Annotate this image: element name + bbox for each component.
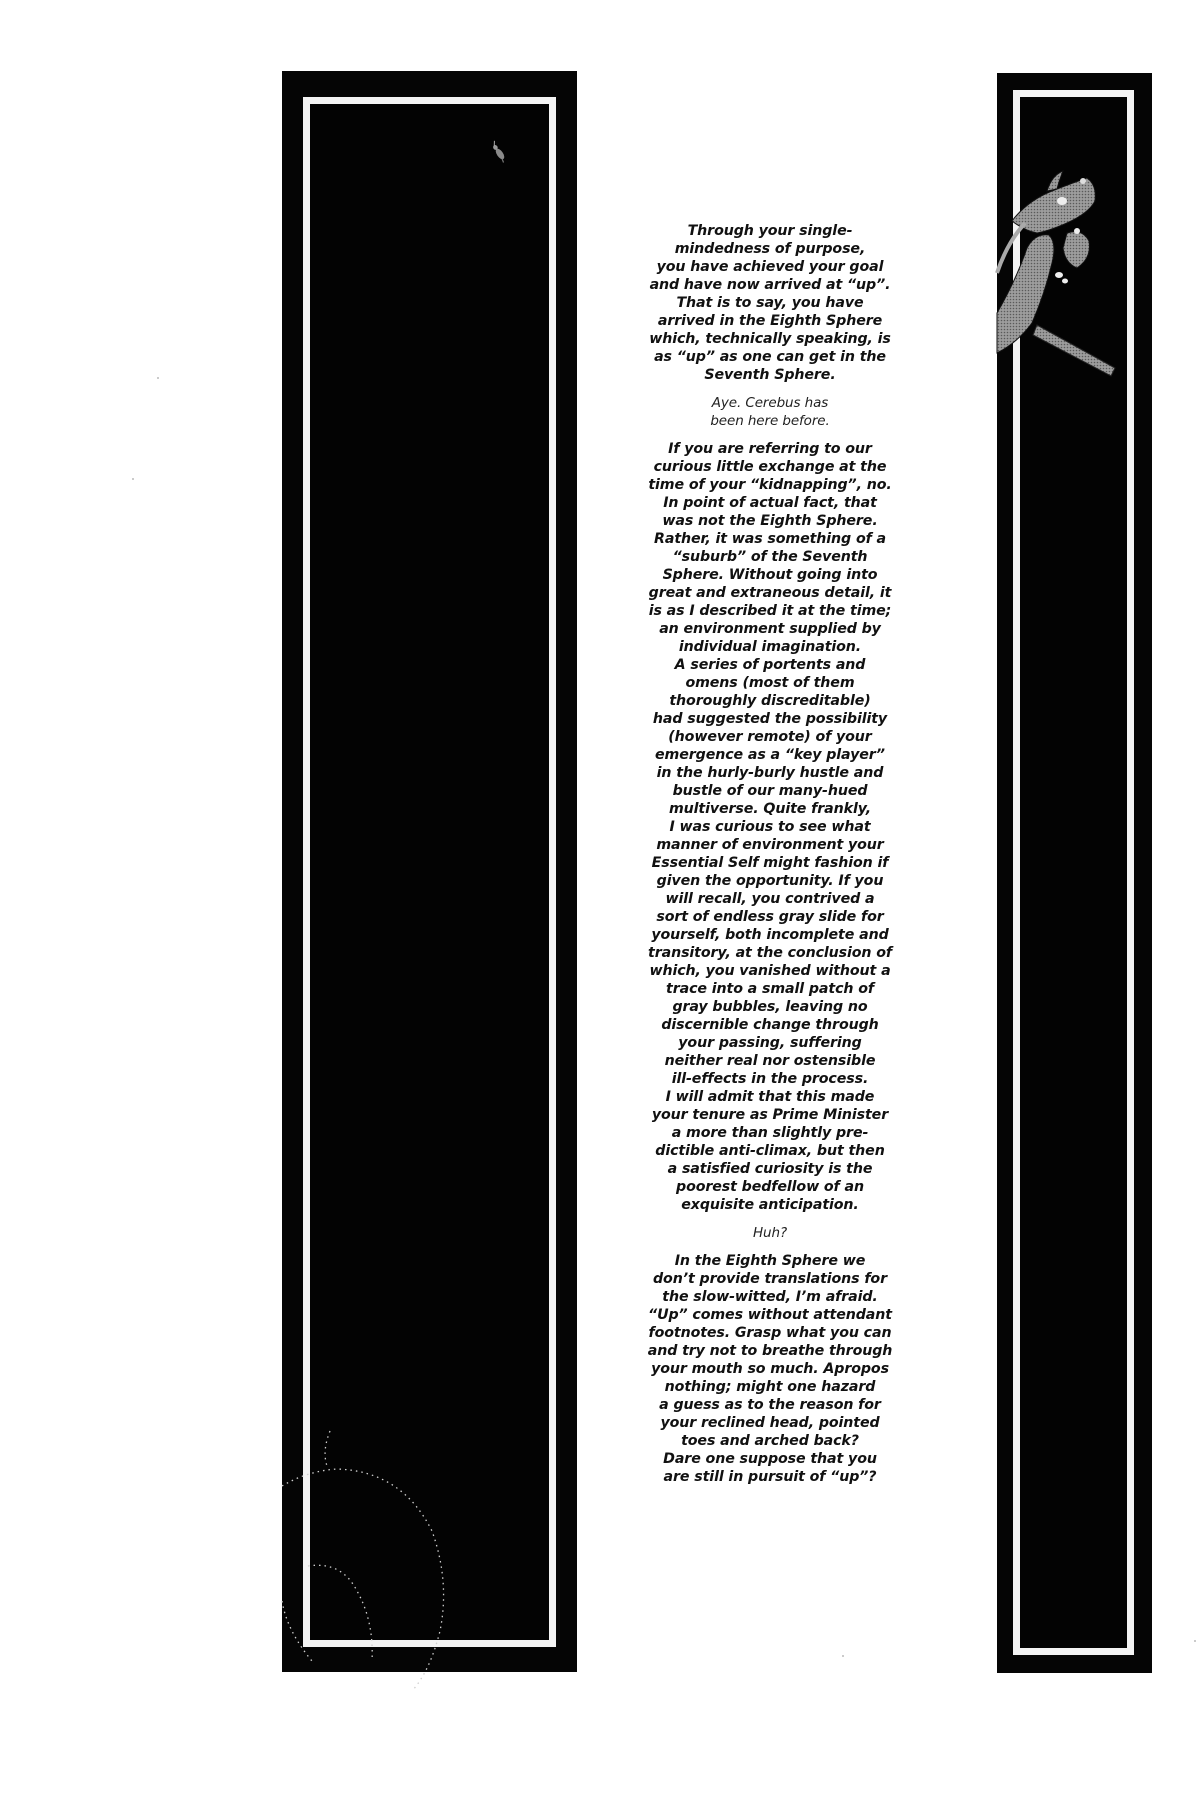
bubble-arcs-icon xyxy=(282,1431,444,1691)
distant-figure-icon xyxy=(490,141,508,163)
cerebus-speech-2: Huh? xyxy=(630,1224,910,1242)
left-panel-art xyxy=(282,71,577,1672)
narrator-speech-2: If you are referring to our curious litt… xyxy=(630,440,910,1214)
left-comic-panel xyxy=(282,71,577,1672)
cerebus-speech-1: Aye. Cerebus has been here before. xyxy=(630,394,910,430)
scan-speck xyxy=(132,478,134,480)
scan-speck xyxy=(1194,1640,1196,1642)
scan-speck xyxy=(157,377,159,379)
dialogue-column: Through your single- mindedness of purpo… xyxy=(630,222,910,1496)
scan-speck xyxy=(842,1655,844,1657)
right-panel-art xyxy=(997,73,1152,1673)
right-comic-panel xyxy=(997,73,1152,1673)
narrator-speech-3: In the Eighth Sphere we don’t provide tr… xyxy=(630,1252,910,1486)
aardvark-with-sword-icon xyxy=(997,171,1115,376)
narrator-speech-1: Through your single- mindedness of purpo… xyxy=(630,222,910,384)
